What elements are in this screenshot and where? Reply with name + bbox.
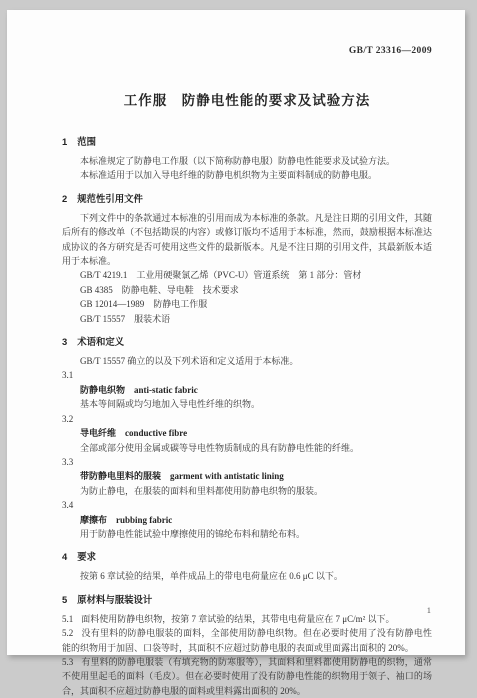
section-title: 范围 xyxy=(77,136,96,147)
term-number: 3.4 xyxy=(62,498,432,512)
page-number: 1 xyxy=(427,605,431,615)
paragraph: 本标准适用于以加入导电纤维的防静电机织物为主要面料制成的防静电服。 xyxy=(62,168,432,182)
section-title: 规范性引用文件 xyxy=(77,193,143,204)
term-title: 摩擦布rubbing fabric xyxy=(62,513,432,527)
clause-number: 5.1 xyxy=(62,614,73,624)
term-zh: 摩擦布 xyxy=(80,515,107,525)
section-heading-1: 1范围 xyxy=(62,134,432,148)
term-en: rubbing fabric xyxy=(116,515,172,525)
reference-item: GB/T 4219.1 工业用硬聚氯乙烯（PVC-U）管道系统 第 1 部分：管… xyxy=(62,268,432,282)
term-en: anti-static fabric xyxy=(134,385,198,395)
clause-text: 没有里料的防静电服装的面料，全部使用防静电织物。但在必要时使用了没有防静电性能的… xyxy=(62,628,432,652)
term-title: 防静电织物anti-static fabric xyxy=(62,383,432,397)
clause-number: 5.3 xyxy=(62,657,73,667)
section-heading-3: 3术语和定义 xyxy=(62,334,432,348)
reference-item: GB 12014—1989 防静电工作服 xyxy=(62,297,432,311)
document-title: 工作服 防静电性能的要求及试验方法 xyxy=(62,89,432,109)
clause: 5.3有里料的防静电服装（有填充物的防寒服等），其面料和里料都使用防静电的织物，… xyxy=(62,655,432,674)
clause-text: 面料使用防静电织物，按第 7 章试验的结果，其带电电荷量应在 7 μC/m² 以… xyxy=(81,614,394,624)
section-heading-2: 2规范性引用文件 xyxy=(62,191,432,205)
section-number: 5 xyxy=(62,594,67,605)
paragraph: 本标准规定了防静电工作服（以下简称防静电服）防静电性能要求及试验方法。 xyxy=(62,154,432,168)
section-number: 4 xyxy=(62,551,67,562)
section-heading-5: 5原材料与服装设计 xyxy=(62,592,432,606)
document-page: GB/T 23316—2009 工作服 防静电性能的要求及试验方法 1范围 本标… xyxy=(7,10,465,655)
section-title: 原材料与服装设计 xyxy=(77,594,152,605)
term-en: conductive fibre xyxy=(125,428,187,438)
term-number: 3.1 xyxy=(62,368,432,382)
term-title: 导电纤维conductive fibre xyxy=(62,426,432,440)
term-en: garment with antistatic lining xyxy=(170,471,284,481)
term-definition: 用于防静电性能试验中摩擦使用的锦纶布料和腈纶布料。 xyxy=(62,527,432,541)
standard-code: GB/T 23316—2009 xyxy=(62,46,432,56)
paragraph: 下列文件中的条款通过本标准的引用而成为本标准的条款。凡是注日期的引用文件，其随后… xyxy=(62,211,432,269)
clause-text: 有里料的防静电服装（有填充物的防寒服等），其面料和里料都使用防静电的织物，通常不… xyxy=(62,657,432,674)
paragraph: 按第 6 章试验的结果，单件成品上的带电电荷量应在 0.6 μC 以下。 xyxy=(62,569,432,583)
clause: 5.1面料使用防静电织物，按第 7 章试验的结果，其带电电荷量应在 7 μC/m… xyxy=(62,612,432,626)
reference-item: GB 4385 防静电鞋、导电鞋 技术要求 xyxy=(62,283,432,297)
term-number: 3.2 xyxy=(62,412,432,426)
term-title: 带防静电里料的服装garment with antistatic lining xyxy=(62,469,432,483)
reference-item: GB/T 15557 服装术语 xyxy=(62,312,432,326)
section-number: 1 xyxy=(62,136,67,147)
clause-number: 5.2 xyxy=(62,628,73,638)
term-definition: 基本等间隔或均匀地加入导电性纤维的织物。 xyxy=(62,397,432,411)
clause: 5.2没有里料的防静电服装的面料，全部使用防静电织物。但在必要时使用了没有防静电… xyxy=(62,626,432,655)
term-zh: 导电纤维 xyxy=(80,428,116,438)
section-heading-4: 4要求 xyxy=(62,549,432,563)
section-title: 术语和定义 xyxy=(77,336,124,347)
term-zh: 防静电织物 xyxy=(80,385,125,395)
section-number: 2 xyxy=(62,193,67,204)
section-title: 要求 xyxy=(77,551,96,562)
term-number: 3.3 xyxy=(62,455,432,469)
term-zh: 带防静电里料的服装 xyxy=(80,471,161,481)
paragraph: GB/T 15557 确立的以及下列术语和定义适用于本标准。 xyxy=(62,354,432,368)
term-definition: 全部或部分使用金属或碳等导电性物质制成的具有防静电性能的纤维。 xyxy=(62,441,432,455)
term-definition: 为防止静电，在服装的面料和里料都使用防静电织物的服装。 xyxy=(62,484,432,498)
section-number: 3 xyxy=(62,336,67,347)
